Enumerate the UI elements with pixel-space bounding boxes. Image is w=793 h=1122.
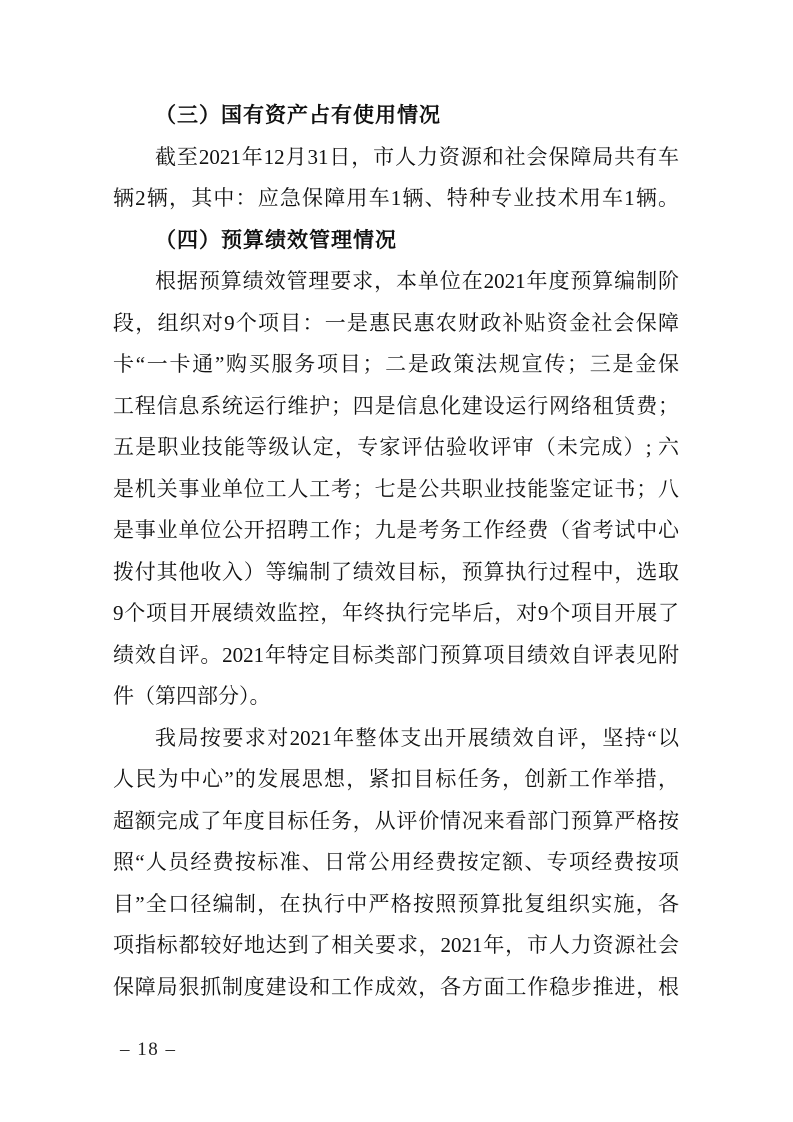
paragraph-line: 保障局狠抓制度建设和工作成效，各方面工作稳步推进，根 xyxy=(113,967,679,1009)
paragraph-line: 人民为中心”的发展思想，紧扣目标任务，创新工作举措， xyxy=(113,759,679,801)
paragraph-line: 我局按要求对2021年整体支出开展绩效自评，坚持“以 xyxy=(113,718,679,760)
paragraph-line: 段，组织对9个项目：一是惠民惠农财政补贴资金社会保障 xyxy=(113,303,679,345)
paragraph-line: 是机关事业单位工人工考；七是公共职业技能鉴定证书；八 xyxy=(113,469,679,511)
document-page: （三）国有资产占有使用情况截至2021年12月31日，市人力资源和社会保障局共有… xyxy=(0,0,793,1122)
section-heading: （四）预算绩效管理情况 xyxy=(113,220,679,262)
paragraph-line: 拨付其他收入）等编制了绩效目标，预算执行过程中，选取 xyxy=(113,552,679,594)
paragraph-line: 是事业单位公开招聘工作；九是考务工作经费（省考试中心 xyxy=(113,510,679,552)
paragraph-line: 截至2021年12月31日，市人力资源和社会保障局共有车 xyxy=(113,137,679,179)
paragraph-line: 9个项目开展绩效监控，年终执行完毕后，对9个项目开展了 xyxy=(113,593,679,635)
paragraph-line: 五是职业技能等级认定，专家评估验收评审（未完成）; 六 xyxy=(113,427,679,469)
page-number: – 18 – xyxy=(120,1039,177,1060)
document-body: （三）国有资产占有使用情况截至2021年12月31日，市人力资源和社会保障局共有… xyxy=(113,95,679,1008)
paragraph-line: 辆2辆，其中：应急保障用车1辆、特种专业技术用车1辆。 xyxy=(113,178,679,220)
paragraph-line: 件（第四部分）。 xyxy=(113,676,679,718)
paragraph-line: 根据预算绩效管理要求，本单位在2021年度预算编制阶 xyxy=(113,261,679,303)
paragraph-line: 超额完成了年度目标任务，从评价情况来看部门预算严格按 xyxy=(113,801,679,843)
paragraph-line: 绩效自评。2021年特定目标类部门预算项目绩效自评表见附 xyxy=(113,635,679,677)
paragraph-line: 卡“一卡通”购买服务项目；二是政策法规宣传；三是金保 xyxy=(113,344,679,386)
paragraph-line: 项指标都较好地达到了相关要求，2021年，市人力资源社会 xyxy=(113,925,679,967)
paragraph-line: 照“人员经费按标准、日常公用经费按定额、专项经费按项 xyxy=(113,842,679,884)
paragraph-line: 目”全口径编制，在执行中严格按照预算批复组织实施，各 xyxy=(113,884,679,926)
page-footer: – 18 – xyxy=(120,1038,177,1062)
section-heading: （三）国有资产占有使用情况 xyxy=(113,95,679,137)
paragraph-line: 工程信息系统运行维护；四是信息化建设运行网络租赁费； xyxy=(113,386,679,428)
